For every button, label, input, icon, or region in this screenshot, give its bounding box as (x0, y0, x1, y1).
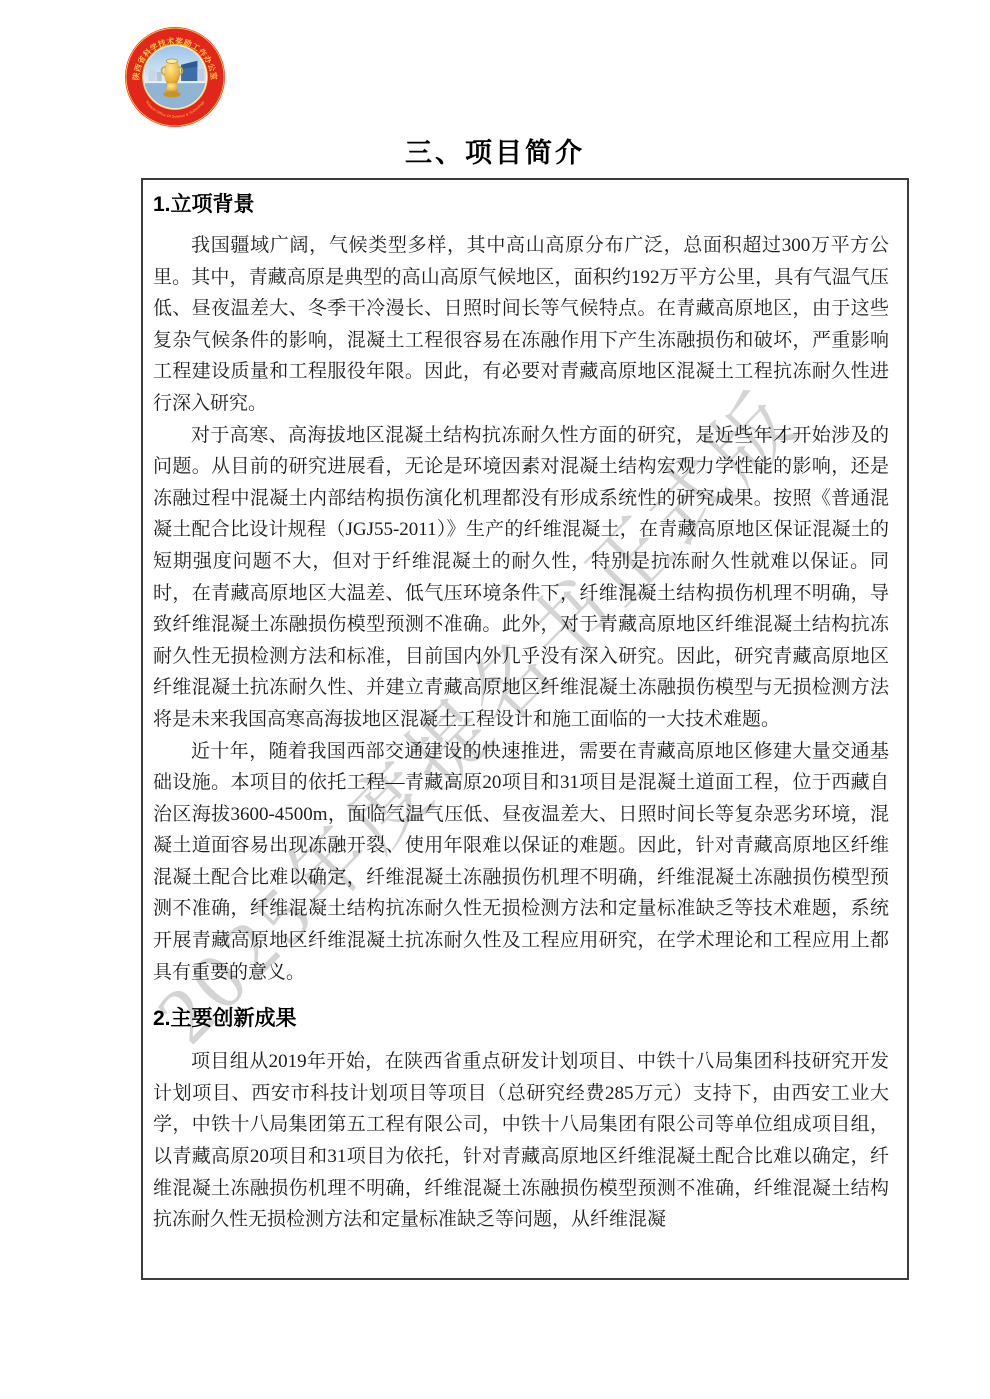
paragraph-achievements-1: 项目组从2019年开始，在陕西省重点研发计划项目、中铁十八局集团科技研究开发计划… (153, 1046, 889, 1236)
page-title: 三、项目简介 (0, 131, 990, 170)
content-box: 1.立项背景 我国疆域广阔，气候类型多样，其中高山高原分布广泛，总面积超过300… (141, 178, 909, 1280)
seal-icon: 陕西省科学技术奖励工作办公室 Shaanxi Office Of Science… (124, 26, 226, 128)
section-heading-achievements: 2.主要创新成果 (153, 1004, 889, 1034)
document-page: 2025年度提名书正式版 (0, 0, 990, 1399)
award-office-seal-logo: 陕西省科学技术奖励工作办公室 Shaanxi Office Of Science… (124, 26, 226, 128)
section-heading-background: 1.立项背景 (153, 190, 889, 220)
paragraph-background-1: 我国疆域广阔，气候类型多样，其中高山高原分布广泛，总面积超过300万平方公里。其… (153, 230, 889, 420)
paragraph-background-2: 对于高寒、高海拔地区混凝土结构抗冻耐久性方面的研究，是近些年才开始涉及的问题。从… (153, 420, 889, 736)
paragraph-background-3: 近十年，随着我国西部交通建设的快速推进，需要在青藏高原地区修建大量交通基础设施。… (153, 736, 889, 989)
